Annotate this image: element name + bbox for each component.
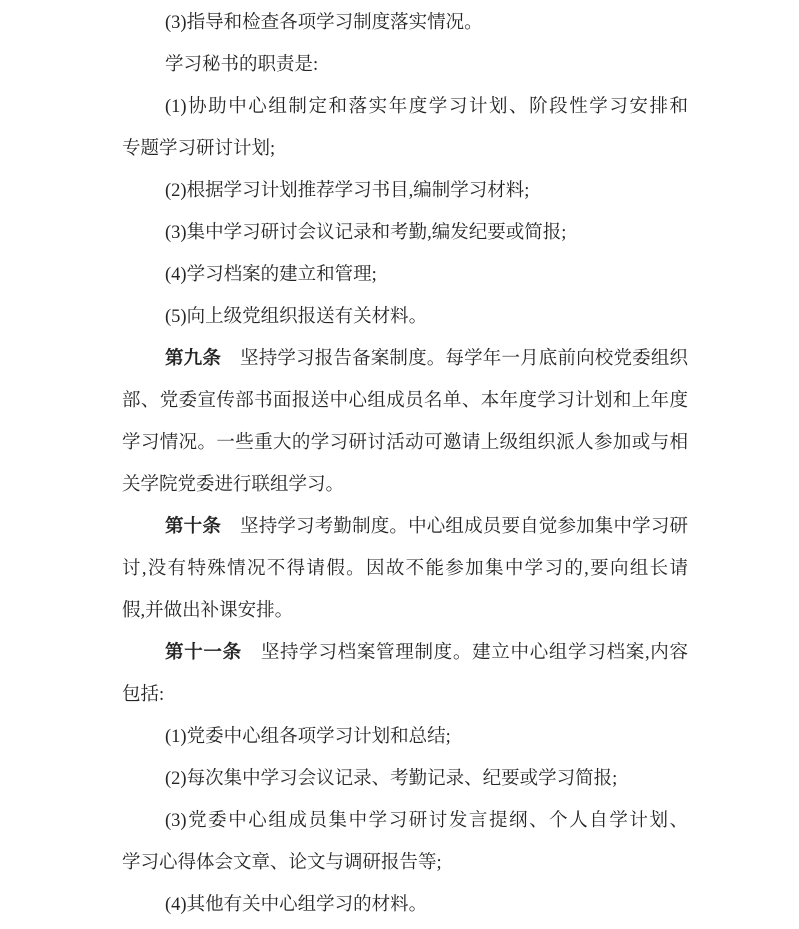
line-text: 学习心得体会文章、论文与调研报告等; (122, 853, 442, 873)
text-line: 第十一条坚持学习档案管理制度。建立中心组学习档案,内容 (122, 632, 688, 674)
line-text: (2)每次集中学习会议记录、考勤记录、纪要或学习简报; (165, 769, 617, 789)
text-line: (3)集中学习研讨会议记录和考勤,编发纪要或简报; (122, 212, 688, 254)
text-line: (2)每次集中学习会议记录、考勤记录、纪要或学习简报; (122, 758, 688, 800)
article-number: 第十条 (165, 517, 221, 537)
document-page: (3)指导和检查各项学习制度落实情况。学习秘书的职责是:(1)协助中心组制定和落… (0, 0, 799, 929)
text-line: 讨,没有特殊情况不得请假。因故不能参加集中学习的,要向组长请 (122, 548, 688, 590)
line-text: 关学院党委进行联组学习。 (122, 475, 344, 495)
text-line: 第九条坚持学习报告备案制度。每学年一月底前向校党委组织 (122, 338, 688, 380)
text-line: 关学院党委进行联组学习。 (122, 464, 688, 506)
text-line: 学习情况。一些重大的学习研讨活动可邀请上级组织派人参加或与相 (122, 422, 688, 464)
text-line: (3)指导和检查各项学习制度落实情况。 (122, 2, 688, 44)
text-line: 第十条坚持学习考勤制度。中心组成员要自觉参加集中学习研 (122, 506, 688, 548)
line-text: 专题学习研讨计划; (122, 139, 275, 159)
line-text: 学习秘书的职责是: (165, 55, 318, 75)
line-text: (1)协助中心组制定和落实年度学习计划、阶段性学习安排和 (165, 97, 688, 117)
text-line: (1)协助中心组制定和落实年度学习计划、阶段性学习安排和 (122, 86, 688, 128)
text-line: 学习心得体会文章、论文与调研报告等; (122, 842, 688, 884)
line-text: (3)指导和检查各项学习制度落实情况。 (165, 13, 483, 33)
text-line: (4)其他有关中心组学习的材料。 (122, 884, 688, 926)
text-line: 包括: (122, 674, 688, 716)
text-line: (3)党委中心组成员集中学习研讨发言提纲、个人自学计划、 (122, 800, 688, 842)
line-text: (3)集中学习研讨会议记录和考勤,编发纪要或简报; (165, 223, 566, 243)
line-text: 包括: (122, 685, 164, 705)
article-number: 第九条 (165, 349, 221, 369)
line-text: (4)其他有关中心组学习的材料。 (165, 895, 427, 915)
line-text: 部、党委宣传部书面报送中心组成员名单、本年度学习计划和上年度 (122, 391, 688, 411)
line-text: (1)党委中心组各项学习计划和总结; (165, 727, 451, 747)
text-line: (2)根据学习计划推荐学习书目,编制学习材料; (122, 170, 688, 212)
line-text: (2)根据学习计划推荐学习书目,编制学习材料; (165, 181, 529, 201)
text-line: 学习秘书的职责是: (122, 44, 688, 86)
line-text: 学习情况。一些重大的学习研讨活动可邀请上级组织派人参加或与相 (122, 433, 688, 453)
line-text: 坚持学习考勤制度。中心组成员要自觉参加集中学习研 (240, 517, 688, 537)
line-text: (5)向上级党组织报送有关材料。 (165, 307, 427, 327)
line-text: 讨,没有特殊情况不得请假。因故不能参加集中学习的,要向组长请 (122, 559, 688, 579)
text-line: (5)向上级党组织报送有关材料。 (122, 296, 688, 338)
text-line: 假,并做出补课安排。 (122, 590, 688, 632)
line-text: (4)学习档案的建立和管理; (165, 265, 377, 285)
line-text: 假,并做出补课安排。 (122, 601, 293, 621)
text-line: 部、党委宣传部书面报送中心组成员名单、本年度学习计划和上年度 (122, 380, 688, 422)
article-number: 第十一条 (165, 643, 242, 663)
line-text: (3)党委中心组成员集中学习研讨发言提纲、个人自学计划、 (165, 811, 688, 831)
line-text: 坚持学习报告备案制度。每学年一月底前向校党委组织 (240, 349, 688, 369)
line-text: 坚持学习档案管理制度。建立中心组学习档案,内容 (261, 643, 688, 663)
text-line: (1)党委中心组各项学习计划和总结; (122, 716, 688, 758)
text-line: 专题学习研讨计划; (122, 128, 688, 170)
text-line: (4)学习档案的建立和管理; (122, 254, 688, 296)
